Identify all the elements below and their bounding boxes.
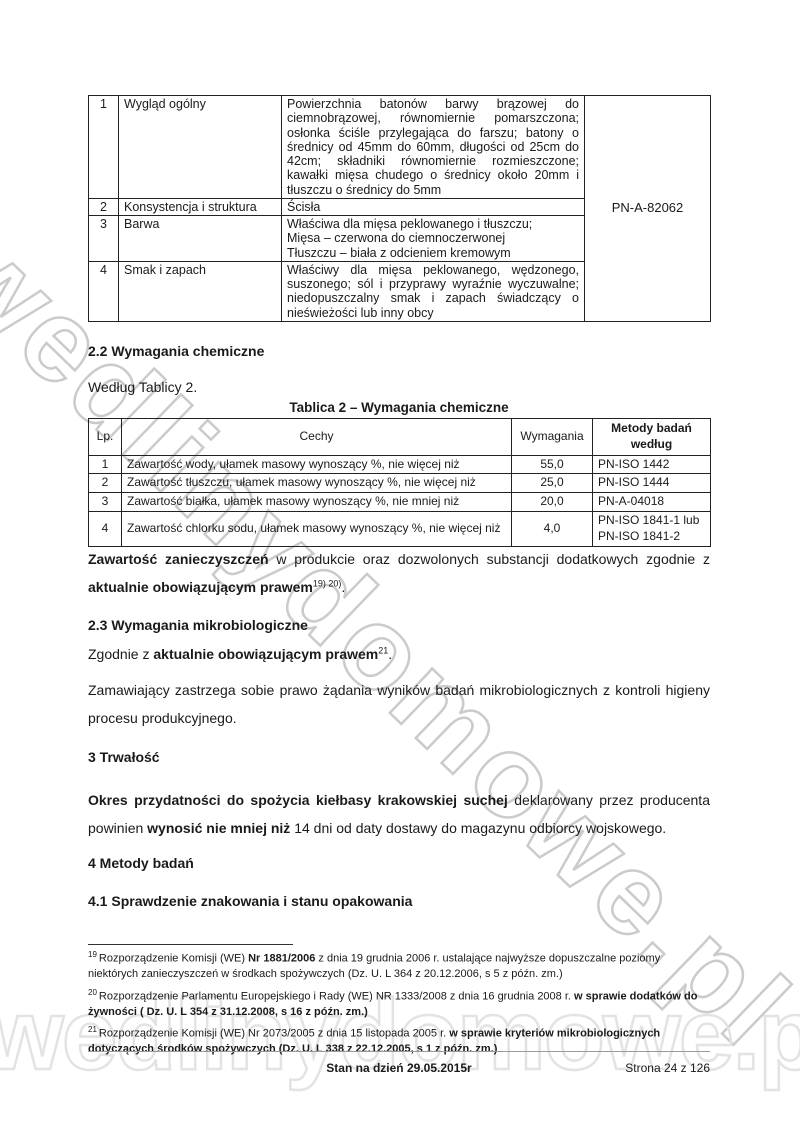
- norm-reference-cell: PN-A-82062: [585, 96, 711, 322]
- footnote-bold-text: Nr 1881/2006: [248, 953, 315, 965]
- shelf-life-paragraph: Okres przydatności do spożycia kiełbasy …: [88, 786, 710, 842]
- feature-cell: Wygląd ogólny: [119, 96, 282, 199]
- row-number: 1: [89, 455, 122, 474]
- requirement-cell: 20,0: [512, 493, 593, 512]
- contaminants-paragraph: Zawartość zanieczyszczeń w produkcie ora…: [88, 545, 710, 601]
- paragraph-bold-text: Okres przydatności do spożycia kiełbasy …: [88, 792, 508, 808]
- section-4-1-heading: 4.1 Sprawdzenie znakowania i stanu opako…: [88, 893, 710, 909]
- feature-cell: Konsystencja i struktura: [119, 198, 282, 215]
- chemical-requirements-table-block: Lp. Cechy Wymagania Metody badań według …: [88, 418, 710, 547]
- paragraph-text: Zgodnie z: [88, 646, 153, 662]
- section-3-heading: 3 Trwałość: [88, 749, 710, 765]
- footnote-text: Rozporządzenie Komisji (WE) Nr 2073/2005…: [99, 1028, 449, 1040]
- footnote-marker: 20: [88, 988, 97, 997]
- sensory-requirements-table: 1 Wygląd ogólny Powierzchnia batonów bar…: [88, 95, 711, 322]
- paragraph-text: 14 dni od daty dostawy do magazynu odbio…: [290, 820, 666, 836]
- paragraph-bold-text: aktualnie obowiązującym prawem: [88, 579, 313, 595]
- section-2-3-heading: 2.3 Wymagania mikrobiologiczne: [88, 617, 710, 633]
- row-number: 2: [89, 198, 119, 215]
- paragraph-bold-text: wynosić nie mniej niż: [147, 820, 290, 836]
- footnote-reference: 21: [378, 645, 388, 655]
- chemical-requirements-table: Lp. Cechy Wymagania Metody badań według …: [88, 418, 711, 547]
- method-cell: PN-ISO 1841-1 lub PN-ISO 1841-2: [593, 512, 711, 547]
- header-lp: Lp.: [89, 419, 122, 456]
- row-number: 1: [89, 96, 119, 199]
- row-number: 4: [89, 512, 122, 547]
- feature-cell: Zawartość chlorku sodu, ułamek masowy wy…: [122, 512, 512, 547]
- footnote-text: Rozporządzenie Parlamentu Europejskiego …: [99, 990, 574, 1002]
- section-2-2-heading: 2.2 Wymagania chemiczne: [88, 343, 710, 359]
- footer-page-number: Strona 24 z 126: [625, 1061, 710, 1075]
- footnote-reference: 19) 20): [313, 578, 342, 588]
- method-cell: PN-A-04018: [593, 493, 711, 512]
- description-cell: Właściwa dla mięsa peklowanego i tłuszcz…: [282, 216, 585, 262]
- footnote-separator: [88, 944, 293, 945]
- footer-row: Stan na dzień 29.05.2015r Strona 24 z 12…: [88, 1061, 710, 1075]
- description-cell: Powierzchnia batonów barwy brązowej do c…: [282, 96, 585, 199]
- footer-status-date: Stan na dzień 29.05.2015r: [326, 1061, 471, 1075]
- table-row: 4 Zawartość chlorku sodu, ułamek masowy …: [89, 512, 711, 547]
- feature-cell: Barwa: [119, 216, 282, 262]
- row-number: 2: [89, 474, 122, 493]
- requirement-cell: 25,0: [512, 474, 593, 493]
- header-method: Metody badań według: [593, 419, 711, 456]
- table-row: 3 Zawartość białka, ułamek masowy wynosz…: [89, 493, 711, 512]
- footnote-text: Rozporządzenie Komisji (WE): [99, 953, 248, 965]
- table-2-caption: Tablica 2 – Wymagania chemiczne: [88, 400, 710, 415]
- method-cell: PN-ISO 1442: [593, 455, 711, 474]
- footnotes-list: 19Rozporządzenie Komisji (WE) Nr 1881/20…: [88, 947, 710, 1058]
- sensory-requirements-table-block: 1 Wygląd ogólny Powierzchnia batonów bar…: [88, 95, 710, 322]
- header-feature: Cechy: [122, 419, 512, 456]
- feature-cell: Zawartość tłuszczu, ułamek masowy wynosz…: [122, 474, 512, 493]
- paragraph-bold-text: Zawartość zanieczyszczeń: [88, 551, 269, 567]
- header-requirement: Wymagania: [512, 419, 593, 456]
- method-cell: PN-ISO 1444: [593, 474, 711, 493]
- microbiology-law-line: Zgodnie z aktualnie obowiązującym prawem…: [88, 646, 710, 662]
- row-number: 3: [89, 493, 122, 512]
- description-cell: Ścisła: [282, 198, 585, 215]
- document-page: wedlinydomowe.pl wedlinydomowe.pl 1 Wygl…: [0, 0, 800, 1132]
- paragraph-text: .: [341, 579, 345, 595]
- paragraph-text: w produkcie oraz dozwolonych substancji …: [269, 551, 710, 567]
- paragraph-text: .: [388, 646, 392, 662]
- row-number: 3: [89, 216, 119, 262]
- footer-separator: [88, 1051, 710, 1052]
- footnote-19: 19Rozporządzenie Komisji (WE) Nr 1881/20…: [88, 947, 710, 983]
- feature-cell: Smak i zapach: [119, 261, 282, 321]
- page-footer: Stan na dzień 29.05.2015r Strona 24 z 12…: [88, 1051, 710, 1075]
- feature-cell: Zawartość wody, ułamek masowy wynoszący …: [122, 455, 512, 474]
- section-4-heading: 4 Metody badań: [88, 855, 710, 871]
- footnote-marker: 21: [88, 1025, 97, 1034]
- table-row: 1 Zawartość wody, ułamek masowy wynosząc…: [89, 455, 711, 474]
- requirement-cell: 4,0: [512, 512, 593, 547]
- table-header-row: Lp. Cechy Wymagania Metody badań według: [89, 419, 711, 456]
- requirement-cell: 55,0: [512, 455, 593, 474]
- description-cell: Właściwy dla mięsa peklowanego, wędzoneg…: [282, 261, 585, 321]
- microbiology-reserve-paragraph: Zamawiający zastrzega sobie prawo żądani…: [88, 676, 710, 732]
- footnote-marker: 19: [88, 950, 97, 959]
- table-row: 1 Wygląd ogólny Powierzchnia batonów bar…: [89, 96, 711, 199]
- row-number: 4: [89, 261, 119, 321]
- table-row: 2 Zawartość tłuszczu, ułamek masowy wyno…: [89, 474, 711, 493]
- feature-cell: Zawartość białka, ułamek masowy wynosząc…: [122, 493, 512, 512]
- paragraph-bold-text: aktualnie obowiązującym prawem: [153, 646, 378, 662]
- footnote-20: 20Rozporządzenie Parlamentu Europejskieg…: [88, 985, 710, 1021]
- section-2-2-intro: Według Tablicy 2.: [88, 379, 710, 395]
- footnotes-block: 19Rozporządzenie Komisji (WE) Nr 1881/20…: [88, 944, 710, 1058]
